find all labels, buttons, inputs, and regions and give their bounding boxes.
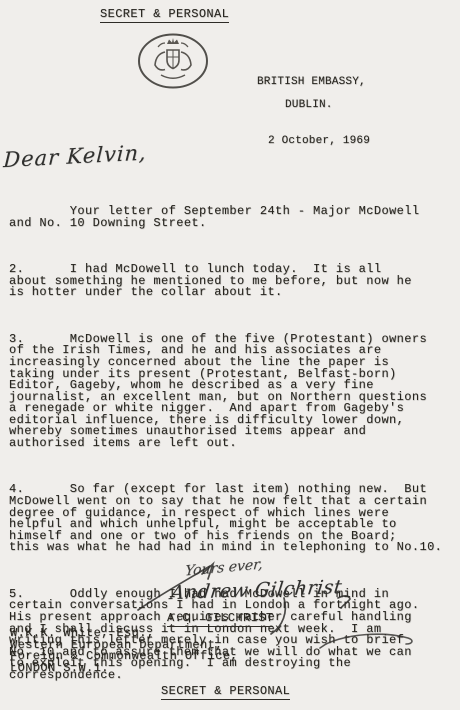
letterhead-embassy: BRITISH EMBASSY, <box>257 77 366 89</box>
paragraph-opening: Your letter of September 24th - Major Mc… <box>9 206 457 229</box>
royal-crest-icon <box>136 31 210 96</box>
classification-header: SECRET & PERSONAL <box>100 9 229 23</box>
paragraph-2: 2. I had McDowell to lunch today. It is … <box>9 264 457 299</box>
signature-typed-name: A.C. GILCHRIST <box>167 613 273 627</box>
paragraph-3: 3. McDowell is one of the five (Protesta… <box>9 334 457 450</box>
classification-footer: SECRET & PERSONAL <box>161 686 290 700</box>
letter-date: 2 October, 1969 <box>268 136 370 148</box>
paragraph-4: 4. So far (except for last item) nothing… <box>9 484 457 554</box>
letterhead-city: DUBLIN. <box>285 100 333 112</box>
letter-page: SECRET & PERSONAL BRITISH EMBASSY, DUBLI… <box>0 0 460 710</box>
recipient-address: W.K.K. White, Esq., Western European Dep… <box>10 628 238 674</box>
salutation-handwritten: Dear Kelvin, <box>3 140 148 172</box>
